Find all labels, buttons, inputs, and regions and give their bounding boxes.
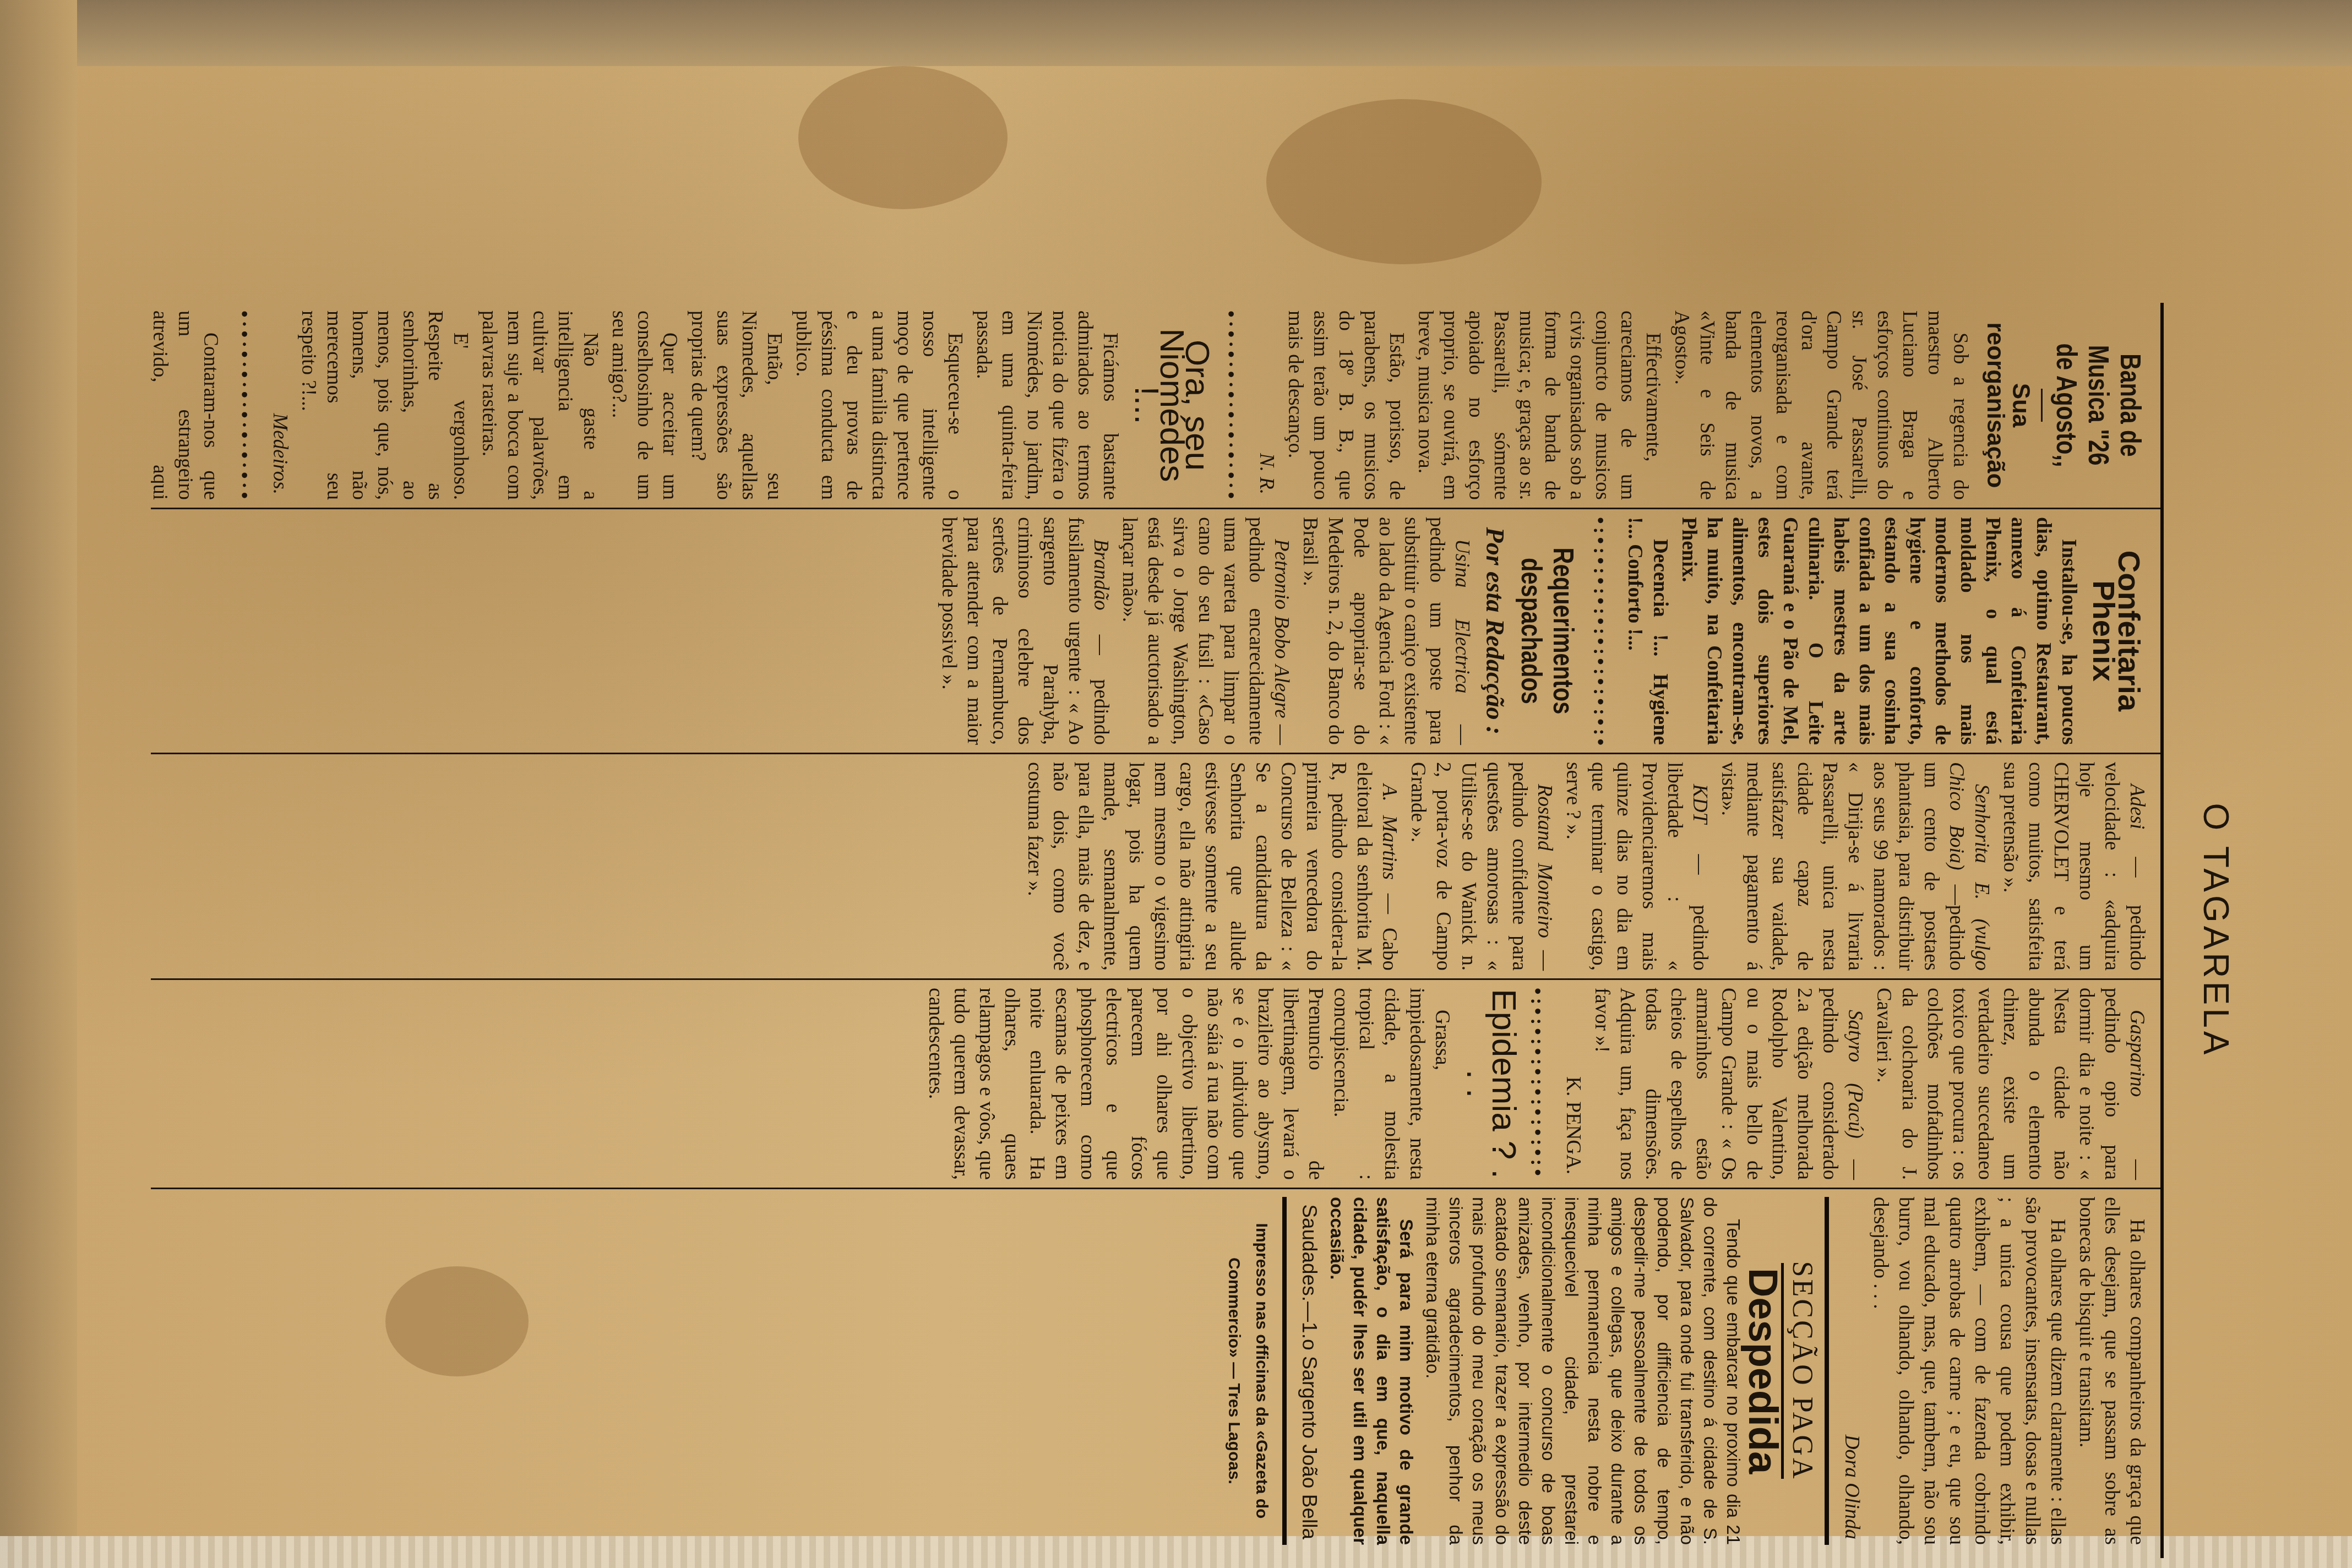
- requerimento-text: —pedindo um cento de postaes phantasia, …: [1717, 762, 1968, 971]
- niomedes-paragraph: Esqueceu-se o nosso intelligente moço de…: [790, 311, 967, 500]
- column-2: Confeitaria Phenix Installou-se, ha pouc…: [151, 509, 2160, 754]
- newspaper-page: O TAGARELA Banda de Musica "26 de Agosto…: [143, 297, 2268, 1564]
- requerimento-item: Petronio Bobo Alegre — pedindo encarecid…: [1117, 517, 1294, 745]
- column-3: Adesi — pedindo velocidade : «adquira ho…: [151, 754, 2160, 980]
- phenix-title: Confeitaria Phenix: [2091, 517, 2142, 745]
- masthead: O TAGARELA: [2160, 303, 2268, 1558]
- water-stain: [798, 66, 1008, 209]
- niomedes-paragraph: Quer acceitar um conselhosinho de um seu…: [606, 311, 682, 500]
- requerimento-text: — pedindo opio para dormir dia e noite :…: [1872, 988, 2148, 1180]
- requerimento-text: — pedindo um poste para substituir o can…: [1299, 517, 1473, 745]
- requerimento-item: Gasparino — pedindo opio para dormir dia…: [1871, 988, 2149, 1180]
- requerimento-name: Petronio Bobo Alegre: [1270, 539, 1293, 718]
- dotted-divider: •:•:•:•:•:•:•:•:•:•:•:•:•:•:•: [1525, 988, 1550, 1180]
- requerimento-name: A. Martins: [1378, 784, 1401, 880]
- dotted-divider: •·•·•·•·•·•·•·•·•·•·•·•·•·•: [1218, 311, 1244, 500]
- phenix-paragraph: Decencia !... Hygiene !... Conforto !...: [1622, 517, 1673, 745]
- requerimento-item: Adesi — pedindo velocidade : «adquira ho…: [1997, 762, 2149, 971]
- despedida-paragraph: Tendo que embarcar no proximo dia 21 do …: [1421, 1197, 1745, 1545]
- dotted-divider: •:•:•:•:•:•:•:•:•:•:•:•:•:•:•: [1588, 517, 1613, 745]
- banda-subtitle: Sua reorganisação: [1983, 311, 2033, 500]
- niomedes-paragraph: Então, seu Niomedes, aquellas suas expre…: [685, 311, 787, 500]
- banda-paragraph: Sob a regencia do maestro Alberto Lucian…: [1669, 311, 1973, 500]
- requerimento-text: — Cabo eleitoral da senhorita M. R, pedi…: [1023, 762, 1401, 971]
- imprint-line: Commercio» — Tres Lagoas.: [1223, 1197, 1245, 1545]
- column-5: Ha olhares companheiros da graça que ell…: [151, 1189, 2160, 1553]
- requerimento-name: Gasparino: [2126, 1010, 2148, 1097]
- despedida-paragraph: Será para mim motivo de grande satisfaçã…: [1325, 1197, 1418, 1545]
- epidemia-title: Epidemia ? . . .: [1466, 988, 1516, 1180]
- banda-paragraph: Effectivamente, careciamos de um conjunc…: [1412, 311, 1665, 500]
- columns: Banda de Musica "26 de Agosto,, Sua reor…: [151, 303, 2160, 1558]
- thick-rule: [1282, 1197, 1287, 1545]
- water-stain: [1266, 99, 1542, 264]
- requerimento-item: Brandão — pedindo fusilamento urgente : …: [936, 517, 1113, 745]
- seccao-paga-label: SECÇÃO PAGA: [1789, 1197, 1815, 1545]
- phenix-paragraph: Installou-se, ha poucos dias, optimo Res…: [1676, 517, 2081, 745]
- requerimento-name: Satyro (Pacú): [1844, 1010, 1866, 1139]
- epidemia-paragraph: Ha olhares companheiros da graça que ell…: [2073, 1197, 2149, 1545]
- despedida-closing: Saudades.—1.o Sargento João Bella: [1297, 1197, 1322, 1539]
- niomedes-paragraph: Ficámos bastante admirados ao termos not…: [971, 311, 1123, 500]
- niomedes-title: Ora, seu Niomédes !...: [1134, 311, 1210, 500]
- banda-signature: N. R.: [1254, 311, 1279, 494]
- banda-title: Banda de Musica "26 de Agosto,,: [2050, 329, 2146, 481]
- imprint-line: Impresso nas officinas da «Gazeta do: [1250, 1197, 1272, 1545]
- requerimento-item: Senhorita E. (vulgo Chico Boia) —pedindo…: [1716, 762, 1994, 971]
- requerimentos-title: Requerimentos despachados: [1515, 540, 1579, 722]
- page-edge-top: [0, 0, 2352, 66]
- page-edge-left: [0, 0, 77, 1568]
- divider: [2041, 389, 2043, 422]
- requerimento-item: A. Martins — Cabo eleitoral da senhorita…: [1022, 762, 1402, 971]
- requerimento-name: KDT: [1689, 784, 1711, 824]
- requerimento-name: Usina Electrica: [1451, 539, 1473, 694]
- column-1: Banda de Musica "26 de Agosto,, Sua reor…: [151, 303, 2160, 509]
- requerimento-name: Brandão: [1090, 539, 1112, 611]
- epidemia-signature: Dora Olinda: [1839, 1197, 1864, 1539]
- epidemia-paragraph: Ha olhares que dizem claramente : ellas …: [1868, 1197, 2070, 1545]
- niomedes-paragraph: E' vergonhoso. Respeite as senhorinhas, …: [296, 311, 473, 500]
- column-4: Gasparino — pedindo opio para dormir dia…: [151, 980, 2160, 1189]
- requerimento-name: Adesi: [2126, 784, 2148, 829]
- requerimento-text: — pedindo encarecidamente uma vareta par…: [1118, 517, 1293, 745]
- requerimento-text: — pedindo considerado 2.a edição melhora…: [1591, 988, 1866, 1180]
- requerimento-name: Rostand Monteiro: [1533, 784, 1556, 938]
- thick-rule: [1825, 1197, 1829, 1545]
- despedida-title: Despedida: [1750, 1197, 1776, 1545]
- epidemia-paragraph: Grassa, impiedosamente, nesta cidade, a …: [923, 988, 1455, 1180]
- requerimento-item: Usina Electrica — pedindo um poste para …: [1297, 517, 1474, 745]
- requerimento-item: Satyro (Pacú) — pedindo considerado 2.a …: [1589, 988, 1868, 1180]
- dotted-divider: •·•·•·•·•·•·•·•·•·•·•·•·•·•: [232, 311, 257, 500]
- requerimentos-signature: K. PENGA.: [1560, 988, 1586, 1174]
- niomedes-paragraph: Não gaste a intelligencia em cultivar pa…: [476, 311, 603, 500]
- niomedes-signature: Medeiros.: [267, 311, 292, 494]
- requerimentos-subtitle: Por esta Redacção :: [1482, 517, 1507, 745]
- requerimento-text: — pedindo fusilamento urgente : « Ao sar…: [938, 517, 1112, 745]
- requerimento-item: Rostand Monteiro — pedindo confidente pa…: [1405, 762, 1557, 971]
- banda-paragraph: Estão, porisso, de parabens, os musicos …: [1282, 311, 1409, 500]
- requerimento-item: KDT — pedindo liberdade : « Providenciar…: [1560, 762, 1712, 971]
- levino-paragraph: Contaram-nos que um estrangeiro atrevido…: [151, 311, 223, 500]
